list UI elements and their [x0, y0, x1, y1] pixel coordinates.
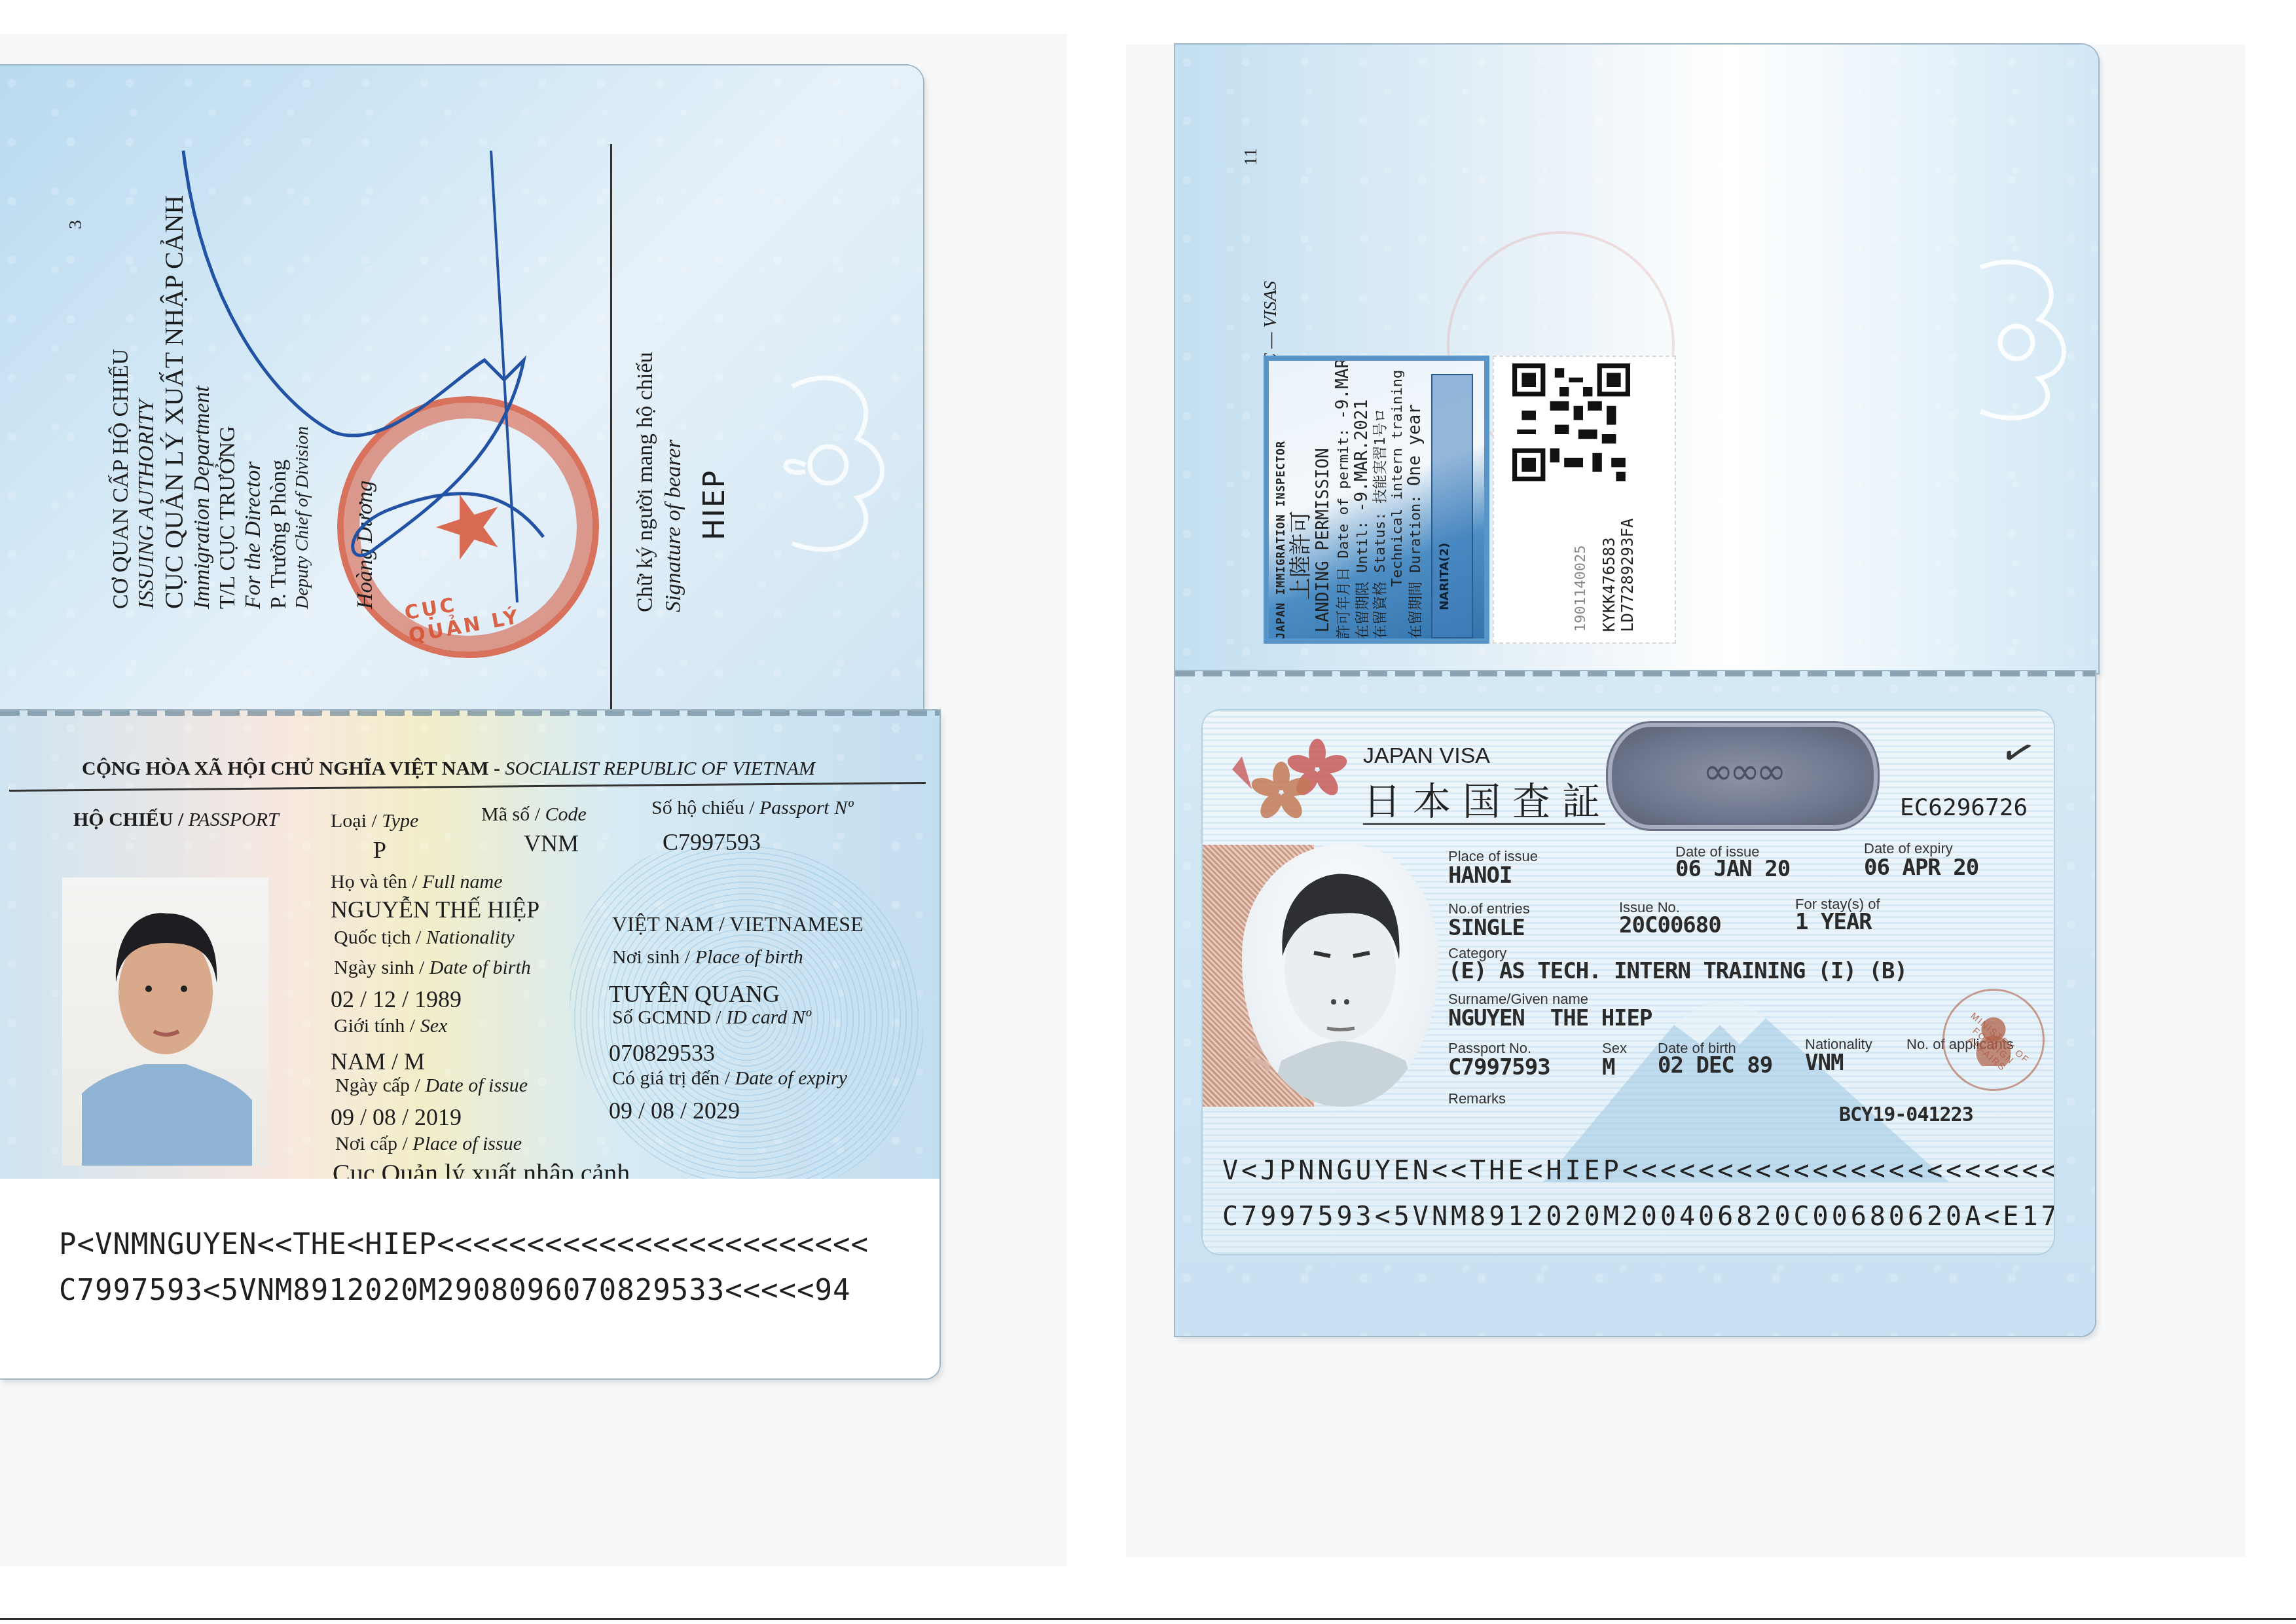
stay-value: 1 YEAR [1795, 909, 1872, 935]
code-label-en: Code [545, 803, 587, 825]
sex-label: Giới tính / Sex [334, 1015, 447, 1037]
machine-readable-zone: P<VNMNGUYEN<<THE<HIEP<<<<<<<<<<<<<<<<<<<… [0, 1179, 939, 1378]
full-name-value: NGUYỄN THẾ HIỆP [331, 896, 539, 923]
visas-page: 11 C — VISAS NARITA(2) JAPAN IMMIGRATION… [1175, 45, 2098, 673]
passport-number-value: C7997593 [663, 828, 761, 856]
place-of-birth-label-vn: Nơi sinh / [612, 946, 690, 968]
issue-number-value: 20C00680 [1619, 912, 1721, 938]
type-label: Loại / Type [331, 810, 418, 832]
bearer-signature-label-en: Signature of bearer [660, 352, 688, 612]
bearer-signature-label-vn: Chữ ký người mang hộ chiếu [632, 352, 660, 612]
full-name-label: Họ và tên / Full name [331, 871, 502, 893]
qr-code-sticker: 1901140025 KYKK476583 LD77289293FA [1493, 356, 1676, 644]
cherry-blossom-icon [1219, 730, 1357, 828]
date-of-birth-value: 02 / 12 / 1989 [331, 986, 462, 1013]
type-label-en: Type [382, 810, 418, 832]
passport-number-label-vn: Số hộ chiếu / [651, 797, 755, 819]
place-of-birth-value: TUYÊN QUANG [609, 980, 780, 1008]
date-of-expiry-label: Có giá trị đến / Date of expiry [612, 1067, 847, 1090]
sex-value: NAM / M [331, 1048, 425, 1075]
date-of-expiry-value: 06 APR 20 [1864, 855, 1978, 881]
nationality-label-vn: Quốc tịch / [334, 927, 421, 948]
visa-title-jp: 日本国査証 [1363, 771, 1612, 826]
date-of-expiry-label-vn: Có giá trị đến / [612, 1067, 730, 1089]
landing-permission-title-jp: 上陸許可 [1288, 356, 1314, 639]
nationality-value: VNM [1805, 1050, 1843, 1076]
status-row: 在留資格 Status: 技能実習1号ロ [1372, 356, 1389, 639]
date-of-birth-label: Ngày sinh / Date of birth [334, 957, 531, 979]
entries-value: SINGLE [1448, 915, 1525, 941]
header-rule [9, 782, 926, 792]
visa-mrz-line-1: V<JPNNGUYEN<<THE<HIEP<<<<<<<<<<<<<<<<<<<… [1222, 1156, 2054, 1186]
place-of-issue-label-en: Place of issue [412, 1133, 522, 1154]
full-name-label-en: Full name [422, 871, 502, 893]
code-value: VNM [524, 830, 579, 857]
category-value: (E) AS TECH. INTERN TRAINING (I) (B) [1448, 958, 1907, 984]
dob-value: 02 DEC 89 [1658, 1052, 1772, 1079]
duration-value: One year [1405, 404, 1425, 486]
date-of-expiry-value: 09 / 08 / 2029 [609, 1097, 740, 1124]
sticker-serial: 1901140025 [1573, 519, 1589, 632]
visa-mrz-line-2: C7997593<5VNM8912020M200406820C00680620A… [1222, 1202, 2054, 1232]
date-of-issue-label-en: Date of issue [425, 1075, 528, 1096]
full-name-label-vn: Họ và tên / [331, 871, 417, 893]
duration-row: 在留期間 Duration: One year [1406, 356, 1425, 639]
until-row: 在留期限 Until: -9.MAR.2021 [1353, 356, 1372, 639]
place-of-issue-value: HANOI [1448, 862, 1512, 889]
sex-label-vn: Giới tính / [334, 1015, 415, 1037]
place-of-birth-label: Nơi sinh / Place of birth [612, 946, 803, 969]
ministry-seal: MINISTRY OF FOREIGN AFFAIRS [1942, 989, 2045, 1091]
mrz-line-2: C7997593<5VNM8912020M2908096070829533<<<… [59, 1274, 851, 1307]
id-card-label-vn: Số GCMND / [612, 1006, 721, 1028]
type-label-vn: Loại / [331, 810, 377, 832]
landing-permission-text: JAPAN IMMIGRATION INSPECTOR 上陸許可 LANDING… [1275, 356, 1425, 639]
passport-number-label: Số hộ chiếu / Passport Nº [651, 797, 854, 819]
type-value: P [373, 836, 386, 864]
bearer-portrait-icon [62, 877, 268, 1166]
status-value-en: Technical intern training (i)(b) [1389, 356, 1406, 639]
code-label: Mã số / Code [481, 803, 587, 826]
visa-page: JAPAN VISA 日本国査証 ✓ EC6296726 JAPAN VISA … [1175, 671, 2095, 1336]
document-type-en: PASSPORT [189, 809, 279, 830]
id-card-label: Số GCMND / ID card Nº [612, 1006, 811, 1029]
visa-control-number: EC6296726 [1900, 794, 2028, 821]
document-type-vn: HỘ CHIẾU / [73, 809, 183, 830]
mrz-line-1: P<VNMNGUYEN<<THE<HIEP<<<<<<<<<<<<<<<<<<<… [59, 1228, 869, 1261]
date-of-permit-value: -9.MAR.2020 [1333, 356, 1353, 420]
issuing-authority-label-vn: CƠ QUAN CẤP HỘ CHIẾU [108, 195, 134, 609]
page-number: 3 [65, 220, 86, 229]
official-signature [177, 144, 570, 616]
date-of-expiry-label-en: Date of expiry [735, 1067, 847, 1089]
place-of-issue-label: Nơi cấp / Place of issue [335, 1133, 522, 1155]
date-of-birth-label-vn: Ngày sinh / [334, 957, 424, 978]
qr-sticker-codes: 1901140025 KYKK476583 LD77289293FA [1573, 519, 1637, 632]
bearer-signature: HIEP [697, 352, 733, 612]
date-of-birth-label-en: Date of birth [429, 957, 531, 978]
vertical-divider [610, 144, 612, 727]
bearer-photo [62, 877, 268, 1166]
sex-value: M [1602, 1054, 1614, 1080]
landing-permission-sticker: NARITA(2) JAPAN IMMIGRATION INSPECTOR 上陸… [1264, 356, 1489, 644]
date-of-issue-value: 06 JAN 20 [1675, 856, 1790, 882]
optically-variable-device [1612, 727, 1874, 825]
id-card-label-en: ID card Nº [726, 1006, 811, 1028]
until-label: 在留期限 Until: [1355, 521, 1371, 639]
date-of-issue-label: Ngày cấp / Date of issue [335, 1075, 528, 1097]
cloud-ornament-icon [1961, 241, 2079, 437]
page-stitching [1175, 671, 2095, 676]
place-of-issue-label-vn: Nơi cấp / [335, 1133, 408, 1154]
bearer-signature-block: Chữ ký người mang hộ chiếu Signature of … [632, 352, 733, 612]
japan-visa-sticker: JAPAN VISA 日本国査証 ✓ EC6296726 JAPAN VISA … [1203, 710, 2054, 1254]
port-of-entry-box: NARITA(2) [1431, 374, 1473, 638]
page-stitching [0, 710, 939, 716]
place-of-birth-label-en: Place of birth [695, 946, 803, 968]
status-value-jp: 技能実習1号ロ [1372, 409, 1389, 504]
page-number: 11 [1241, 148, 1262, 166]
sticker-code-1: KYKK476583 [1601, 519, 1619, 632]
remarks-label: Remarks [1448, 1090, 1506, 1107]
inspector-header: JAPAN IMMIGRATION INSPECTOR [1275, 356, 1288, 639]
check-mark-icon: ✓ [1995, 726, 2041, 781]
passport-number-label-en: Passport Nº [759, 797, 854, 819]
scan-bottom-edge [0, 1618, 2296, 1620]
landing-permission-title-en: LANDING PERMISSION [1314, 356, 1334, 639]
duration-label: 在留期間 Duration: [1408, 495, 1424, 639]
port-of-entry: NARITA(2) [1438, 543, 1451, 610]
nationality-label: Quốc tịch / Nationality [334, 927, 515, 949]
sex-label-en: Sex [420, 1015, 448, 1037]
date-of-permit-label: 許可年月日 Date of permit: [1336, 428, 1352, 639]
until-value: -9.MAR.2021 [1352, 399, 1372, 512]
passport-authority-page: 3 ★ CỤC QUẢN LÝ CƠ QUAN CẤP HỘ CHIẾU ISS… [0, 65, 923, 727]
country-name-vn: CỘNG HÒA XÃ HỘI CHỦ NGHĨA VIỆT NAM - [82, 758, 500, 779]
qr-code-icon [1512, 363, 1630, 481]
nationality-label-en: Nationality [426, 927, 515, 948]
code-label-vn: Mã số / [481, 803, 540, 825]
document-type-label: HỘ CHIẾU / PASSPORT [73, 809, 279, 831]
country-name-en: SOCIALIST REPUBLIC OF VIETNAM [505, 758, 815, 779]
date-of-issue-value: 09 / 08 / 2019 [331, 1103, 462, 1131]
date-of-permit-row: 許可年月日 Date of permit: -9.MAR.2020 [1334, 356, 1353, 639]
nationality-value: VIỆT NAM / VIETNAMESE [612, 912, 864, 936]
name-value: NGUYEN THE HIEP [1448, 1005, 1652, 1031]
issuing-country: CỘNG HÒA XÃ HỘI CHỦ NGHĨA VIỆT NAM - SOC… [82, 758, 815, 780]
visa-reference-number: BCY19-041223 [1839, 1103, 1973, 1126]
passport-number-value: C7997593 [1448, 1054, 1550, 1080]
date-of-issue-label-vn: Ngày cấp / [335, 1075, 420, 1096]
sticker-code-2: LD77289293FA [1619, 519, 1637, 632]
visa-title: JAPAN VISA [1363, 743, 1490, 769]
issuing-authority-label-en: ISSUING AUTHORITY [134, 195, 159, 609]
title-underline [1363, 823, 1605, 825]
status-label: 在留資格 Status: [1372, 512, 1389, 639]
visas-section-label: C — VISAS [1260, 281, 1281, 365]
cloud-ornament-icon [766, 347, 897, 583]
passport-data-page: CỘNG HÒA XÃ HỘI CHỦ NGHĨA VIỆT NAM - SOC… [0, 710, 939, 1378]
id-card-value: 070829533 [609, 1039, 715, 1067]
